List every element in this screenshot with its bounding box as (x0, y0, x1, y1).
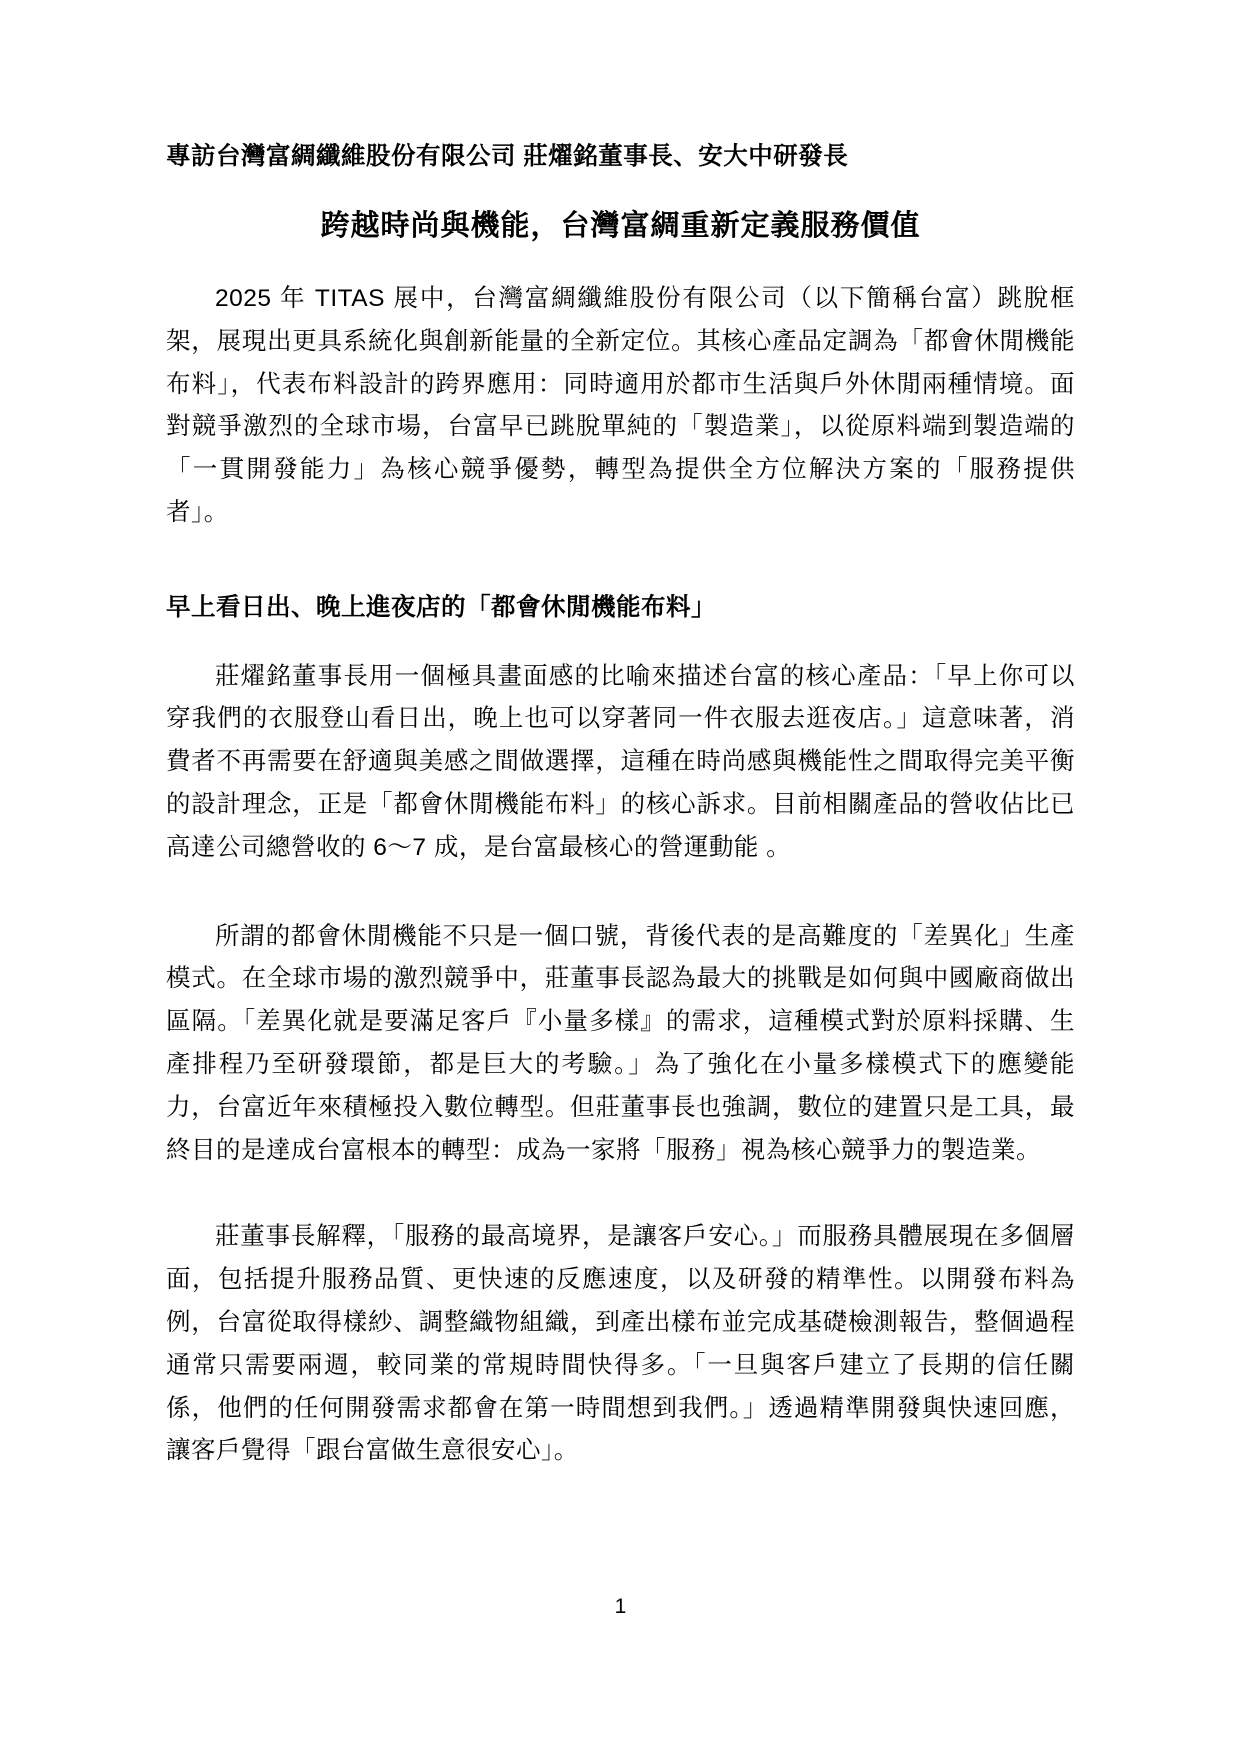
paragraph-intro: 2025 年 TITAS 展中，台灣富綢纖維股份有限公司（以下簡稱台富）跳脫框架… (166, 278, 1075, 535)
paragraph: 莊董事長解釋，「服務的最高境界，是讓客戶安心。」而服務具體展現在多個層面，包括提… (166, 1216, 1075, 1473)
section-heading: 早上看日出、晚上進夜店的「都會休閒機能布料」 (166, 587, 1075, 630)
document-content: 專訪台灣富綢纖維股份有限公司 莊燿銘董事長、安大中研發長 跨越時尚與機能，台灣富… (166, 142, 1075, 1473)
paragraph: 莊燿銘董事長用一個極具畫面感的比喻來描述台富的核心產品：「早上你可以穿我們的衣服… (166, 656, 1075, 870)
kicker-line: 專訪台灣富綢纖維股份有限公司 莊燿銘董事長、安大中研發長 (166, 142, 1075, 172)
article-title: 跨越時尚與機能，台灣富綢重新定義服務價值 (166, 206, 1075, 246)
page-number: 1 (0, 1594, 1241, 1620)
paragraph: 所謂的都會休閒機能不只是一個口號，背後代表的是高難度的「差異化」生產模式。在全球… (166, 916, 1075, 1173)
document-page: 專訪台灣富綢纖維股份有限公司 莊燿銘董事長、安大中研發長 跨越時尚與機能，台灣富… (0, 0, 1241, 1755)
